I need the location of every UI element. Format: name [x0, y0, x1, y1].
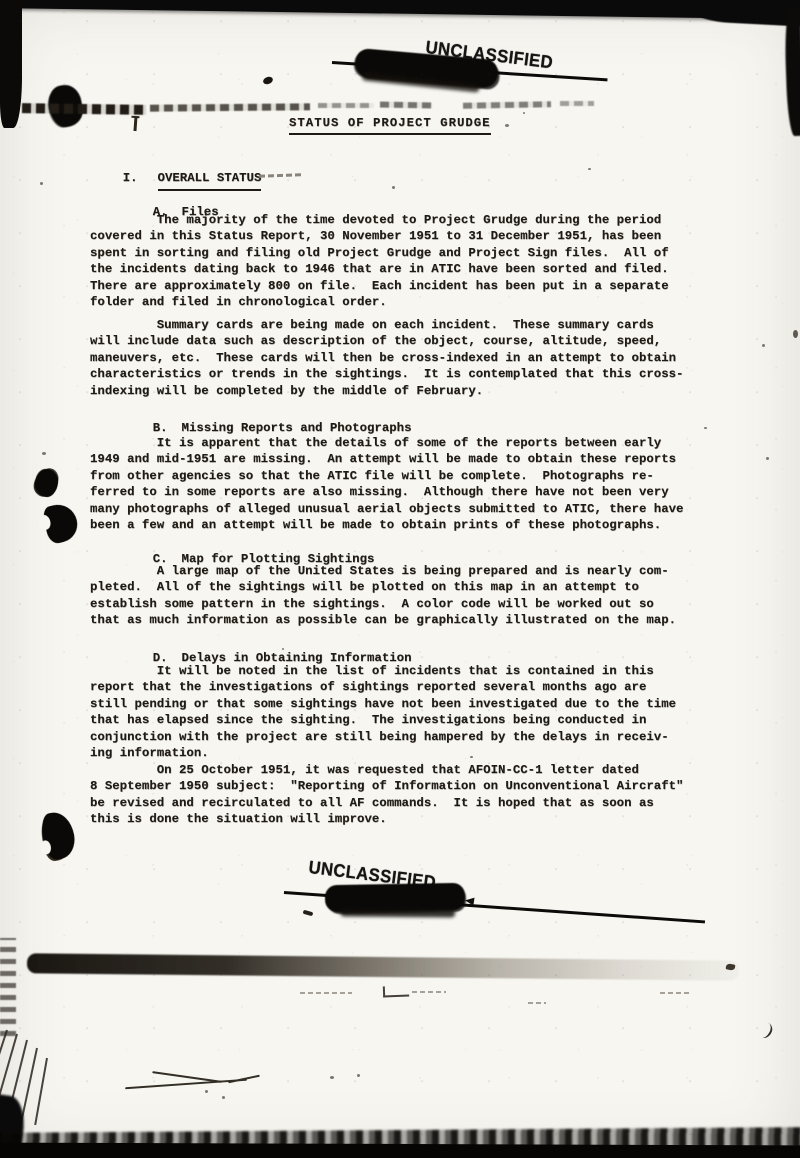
ink-smudge-segment [150, 103, 310, 111]
ink-speck [303, 910, 314, 916]
scanned-document-page: UNCLASSIFIED STATUS OF PROJECT GRUDGE I.… [0, 0, 800, 1158]
ink-speck [523, 112, 525, 114]
ink-smudge-segment [380, 102, 432, 109]
ink-speck [262, 76, 274, 86]
smudge-band [27, 953, 739, 980]
scribble-mark [152, 1071, 222, 1083]
faint-dash-mark [300, 992, 352, 994]
ink-speck [588, 168, 591, 170]
ink-speck [766, 457, 769, 460]
left-edge-speckle-cluster [0, 938, 16, 1036]
redaction-bar-bottom [325, 883, 465, 912]
faint-dash-mark [412, 991, 446, 993]
ink-speck [588, 240, 590, 242]
ink-speck [357, 1074, 360, 1077]
paragraph-d1: It will be noted in the list of incident… [90, 663, 676, 761]
pen-tick-mark [133, 116, 137, 131]
scan-top-edge-bar [0, 0, 800, 19]
ink-speck [40, 182, 43, 185]
paragraph-c1: A large map of the United States is bein… [90, 563, 676, 629]
stray-dash-mark [259, 173, 301, 177]
ink-speck [205, 1090, 208, 1093]
ink-speck [330, 1076, 334, 1079]
ink-smudge-segment [318, 103, 374, 108]
paragraph-b1: It is apparent that the details of some … [90, 435, 683, 533]
scan-left-edge-strip [0, 0, 22, 128]
faint-dash-mark [660, 992, 690, 994]
faint-dash-mark [528, 1002, 546, 1004]
paragraph-d2: On 25 October 1951, it was requested tha… [90, 762, 683, 828]
scan-top-right-wedge [696, 0, 800, 27]
ink-smudge-segment [560, 101, 594, 106]
document-title: STATUS OF PROJECT GRUDGE [289, 115, 491, 135]
ink-speck [470, 756, 473, 758]
comma-hook-mark [755, 1020, 774, 1040]
ink-speck [704, 427, 707, 429]
scan-right-edge-strip [784, 8, 800, 136]
section-numeral: I. [123, 170, 138, 186]
ink-blob [41, 501, 81, 546]
ink-speck [793, 330, 798, 338]
ink-blob [39, 810, 78, 862]
ink-speck [222, 1096, 225, 1099]
scan-bottom-edge-bar [0, 1143, 800, 1158]
ink-blob [34, 468, 60, 498]
ink-speck [505, 124, 509, 127]
paragraph-a2: Summary cards are being made on each inc… [90, 317, 683, 399]
pencil-bracket-mark [383, 986, 409, 998]
ink-speck [282, 648, 284, 650]
ink-smudge-segment [22, 103, 146, 115]
ink-speck [762, 344, 765, 347]
paragraph-a1: The majority of the time devoted to Proj… [90, 212, 669, 310]
scratch-mark [34, 1058, 48, 1125]
line-arrow-nick [464, 896, 474, 905]
ink-smudge-segment [463, 101, 551, 109]
ink-speck [392, 186, 395, 189]
ink-speck [42, 452, 46, 455]
